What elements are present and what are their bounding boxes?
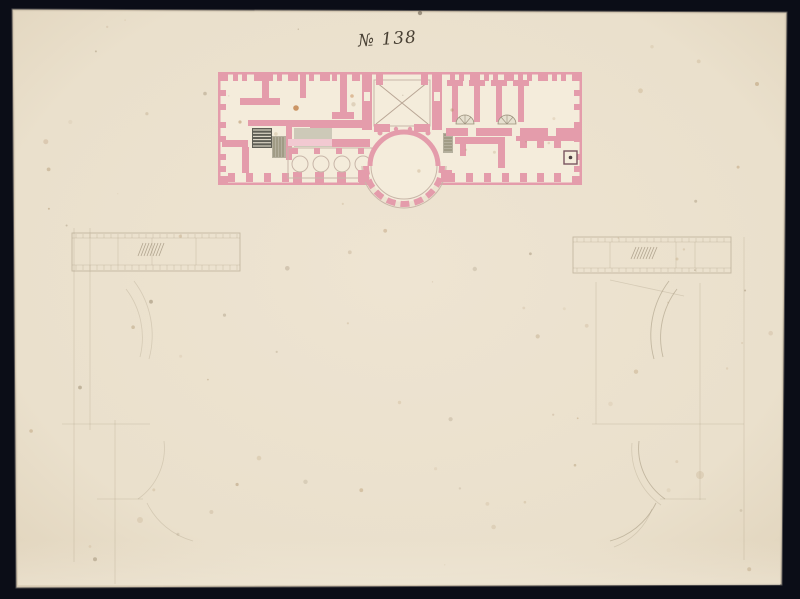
inscription-number: № 138: [356, 27, 417, 51]
scanned-drawing: № 138: [0, 0, 800, 599]
